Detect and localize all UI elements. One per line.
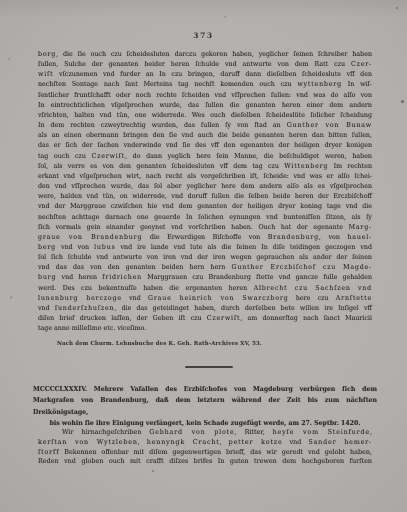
text-line: Reden vnd globen ouch mit crafft diſzes … [38, 457, 372, 467]
text-line: ſich vormals gein einander geeynet vnd v… [38, 223, 372, 233]
text-line: berg vnd von lubus vnd ire lande vnd lut… [38, 243, 372, 253]
text-line: diſen brief drucken laſſen, der Geben iſ… [38, 314, 372, 324]
text-line: nechſten Sontage nach ſant Merteins tag … [38, 80, 372, 90]
text-line: ſtorff Bekennen offenbar mit diſem gegen… [38, 448, 372, 458]
page-number: 373 [0, 31, 407, 40]
text-line: ſentlicher fruntſchafft oder noch rechte… [38, 91, 372, 101]
text-line: borg, die ſie ouch czu ſcheidesluten dar… [38, 50, 372, 60]
source-note: Nach dem Churm. Lehnsbuche des K. Geh. R… [57, 341, 262, 347]
text-line: tag ouch czu Czerwiſt, do dann yeglich h… [38, 152, 372, 162]
entry-body-paragraph: Wir hirnachgeſchriben Gebhard von plote,… [38, 428, 372, 467]
text-line: tage anno milleſimo etc. viceſimo. [38, 324, 372, 334]
scan-speck [396, 7, 398, 9]
scan-speck [8, 58, 10, 60]
text-line: In eintrechticlichen vſgeſprochen wurde,… [38, 101, 372, 111]
text-line: den vnd vſſprechen wurde, das ſol aber y… [38, 182, 372, 192]
text-line: graue von Brandenburg die Erwurdigen Biſ… [38, 233, 372, 243]
text-line: vnd der Marggraue czwiſchen hie vnd dem … [38, 202, 372, 212]
entry-regest-heading: MCCCCLXXXIV. Mehrere Vaſallen des Erzbiſ… [33, 384, 377, 430]
text-line: als an einen obermann bringen den ſie vn… [38, 131, 372, 141]
charter-end-paragraph: borg, die ſie ouch czu ſcheidesluten dar… [38, 50, 372, 334]
text-line: nechſten achttage darnach one geuerde In… [38, 213, 372, 223]
text-line: In dem rechten czweytrechtig wurden, das… [38, 121, 372, 131]
text-line: vnd ſunderſzhuſzen, die das geteidinget … [38, 304, 372, 314]
text-line: erkant vnd vſgeſprochen wirt, nach recht… [38, 172, 372, 182]
text-line: ſol, als verre es von den genanten ſchei… [38, 162, 372, 172]
text-line: vſrichten, halten vnd tün, one widerrede… [38, 111, 372, 121]
section-divider-rule [185, 366, 233, 368]
scanned-document-page: 373 borg, die ſie ouch czu ſcheidesluten… [0, 0, 407, 512]
scan-speck [401, 100, 404, 103]
text-line: burg vnd heren fridrichen Marggrauen czu… [38, 273, 372, 283]
scan-speck [10, 296, 12, 299]
text-line: Markgrafen von Brandenburg, daß dem letz… [33, 395, 377, 418]
text-line: Wir hirnachgeſchriben Gebhard von plote,… [38, 428, 372, 438]
text-line: ſol ſich ſchulde vnd antwurte von iren v… [38, 253, 372, 263]
scan-speck [224, 16, 226, 18]
text-line: MCCCCLXXXIV. Mehrere Vaſallen des Erzbiſ… [33, 384, 377, 395]
text-line: das er ſich der ſachen vnderwinde vnd ſi… [38, 141, 372, 151]
text-line: wiſt vſczunemen vnd furder an In czu bri… [38, 70, 372, 80]
text-line: kerſtan von Wytzleben, hennyngk Cracht, … [38, 438, 372, 448]
text-line: vnd das das von den genanten beiden hern… [38, 263, 372, 273]
scan-speck [152, 470, 154, 472]
text-line: lunenburg herczoge vnd Graue heinrich vo… [38, 294, 372, 304]
text-line: werd. Des czu bekentnuſſe haben die erge… [38, 284, 372, 294]
text-line: were, halden vnd tün, on widerrede, vnd … [38, 192, 372, 202]
text-line: ſullen, Sulche der genanten beider heren… [38, 60, 372, 70]
